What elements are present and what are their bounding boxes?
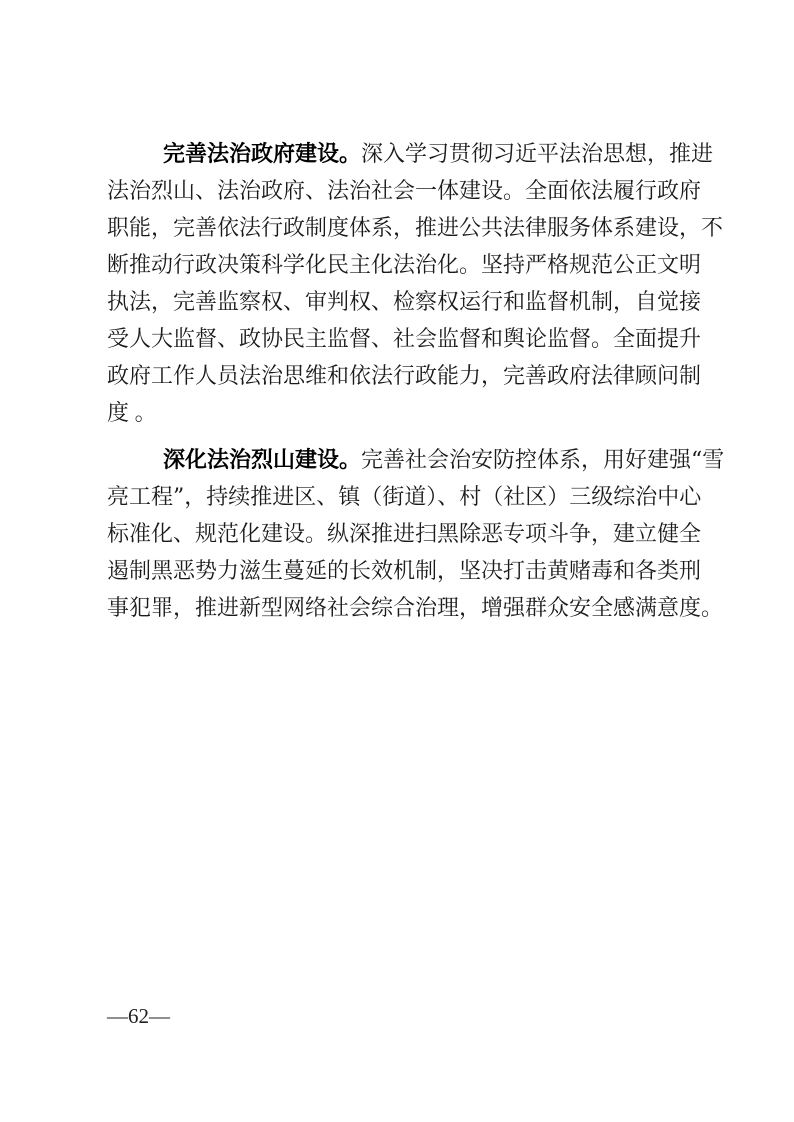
paragraph-1-line-8: 度。 (107, 399, 162, 429)
paragraph-1-line-1: 完善法治政府建设。深入学习贯彻习近平法治思想，推进 (163, 140, 693, 170)
paragraph-1-text: 深入学习贯彻习近平法治思想，推进 (361, 142, 713, 167)
paragraph-1-line-3: 职能，完善依法行政制度体系，推进公共法律服务体系建设，不 (107, 214, 693, 244)
page-number: —62— (107, 1004, 170, 1028)
paragraph-1-line-4: 断推动行政决策科学化民主化法治化。坚持严格规范公正文明 (107, 251, 693, 281)
paragraph-1-line-7: 政府工作人员法治思维和依法行政能力，完善政府法律顾问制 (107, 362, 693, 392)
paragraph-1-line-6: 受人大监督、政协民主监督、社会监督和舆论监督。全面提升 (107, 325, 693, 355)
paragraph-1-line-5: 执法，完善监察权、审判权、检察权运行和监督机制，自觉接 (107, 288, 693, 318)
paragraph-2-line-4: 遏制黑恶势力滋生蔓延的长效机制，坚决打击黄赌毒和各类刑 (107, 557, 693, 587)
paragraph-1-line-2: 法治烈山、法治政府、法治社会一体建设。全面依法履行政府 (107, 177, 693, 207)
paragraph-2-line-3: 标准化、规范化建设。纵深推进扫黑除恶专项斗争，建立健全 (107, 520, 693, 550)
paragraph-1-heading: 完善法治政府建设。 (163, 142, 361, 167)
paragraph-2-line-5: 事犯罪，推进新型网络社会综合治理，增强群众安全感满意度。 (107, 594, 693, 624)
paragraph-2-heading: 深化法治烈山建设。 (163, 448, 361, 473)
paragraph-2-line-2: 亮工程”，持续推进区、镇（街道）、村（社区）三级综治中心 (107, 483, 693, 513)
paragraph-2-text: 完善社会治安防控体系，用好建强“雪 (361, 448, 724, 473)
document-page: 完善法治政府建设。深入学习贯彻习近平法治思想，推进 法治烈山、法治政府、法治社会… (0, 0, 794, 1122)
paragraph-2-line-1: 深化法治烈山建设。完善社会治安防控体系，用好建强“雪 (163, 446, 693, 476)
